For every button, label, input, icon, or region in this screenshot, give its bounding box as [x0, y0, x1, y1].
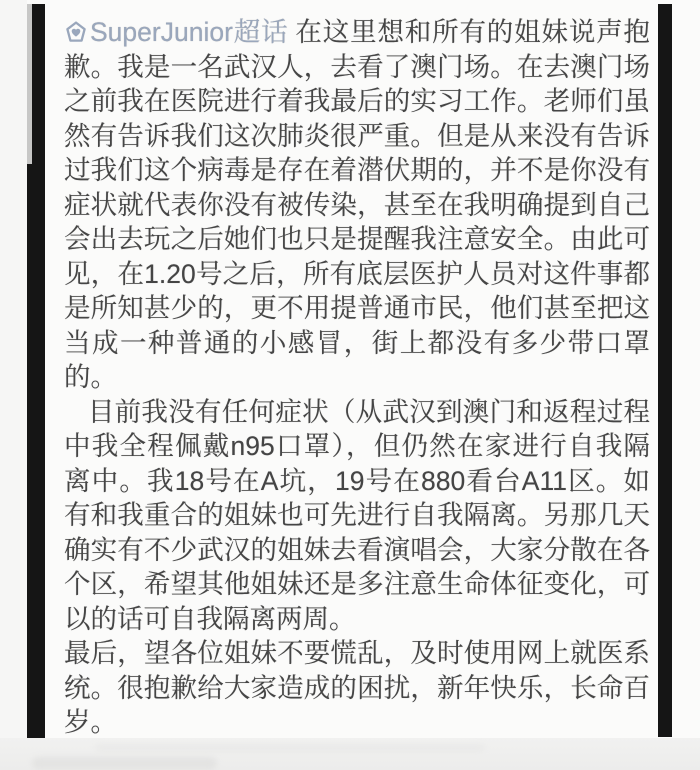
- supertopic-link[interactable]: SuperJunior超话: [64, 17, 288, 47]
- left-frame-bar-extension: [27, 163, 32, 740]
- paragraph-text: 在这里想和所有的姐妹说声抱歉。我是一名武汉人，去看了澳门场。在去澳门场之前我在医…: [64, 17, 650, 392]
- post-paragraph: 最后，望各位姐妹不要慌乱，及时使用网上就医系统。很抱歉给大家造成的困扰，新年快乐…: [64, 636, 650, 740]
- supertopic-link-label: SuperJunior超话: [90, 17, 288, 47]
- left-margin-strip: [0, 0, 27, 738]
- left-frame-bar: [31, 4, 45, 740]
- post-paragraph: 目前我没有任何症状（从武汉到澳门和返程过程中我全程佩戴n95口罩），但仍然在家进…: [64, 395, 650, 637]
- supertopic-gem-heart-icon: [64, 20, 88, 44]
- faded-footer-element: [32, 757, 217, 770]
- right-frame-bar: [658, 4, 672, 737]
- post-body: SuperJunior超话在这里想和所有的姐妹说声抱歉。我是一名武汉人，去看了澳…: [64, 15, 650, 740]
- post-paragraph: SuperJunior超话在这里想和所有的姐妹说声抱歉。我是一名武汉人，去看了澳…: [64, 15, 650, 395]
- faded-footer-smudge: [95, 744, 485, 752]
- photo-of-weibo-post: { "frame": { "page_background": "#f4f4f3…: [0, 0, 700, 770]
- left-frame-gray-sliver: [27, 4, 32, 164]
